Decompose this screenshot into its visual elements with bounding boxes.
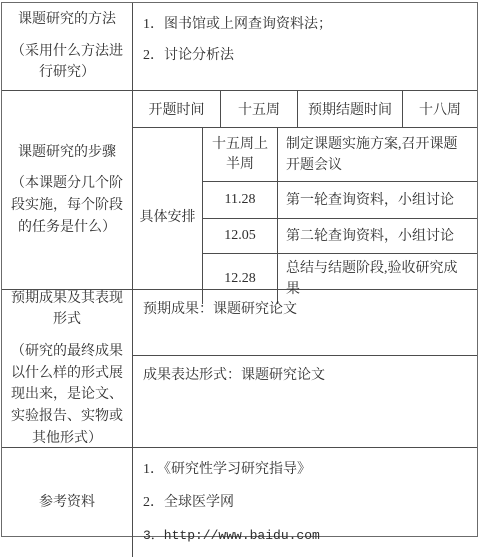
steps-note: （本课题分几个阶段实施，每个阶段的任务是什么） (8, 173, 126, 238)
expected-result: 预期成果：课题研究论文 (133, 290, 477, 356)
schedule-task: 第二轮查询资料，小组讨论 (278, 219, 477, 253)
research-plan-table: 课题研究的方法 （采用什么方法进行研究） 1．图书馆或上网查询资料法； 2．讨论… (1, 2, 478, 537)
outcome-label-cell: 预期成果及其表现形式 （研究的最终成果以什么样的形式展现出来，是论文、实验报告、… (2, 290, 133, 447)
references-title: 参考资料 (39, 492, 95, 514)
schedule-body: 具体安排 十五周上半周 制定课题实施方案,召开课题开题会议 11.28 第一轮查… (133, 128, 477, 304)
end-time-value: 十八周 (403, 91, 477, 127)
steps-title: 课题研究的步骤 (18, 142, 116, 164)
schedule-task: 第一轮查询资料，小组讨论 (278, 182, 477, 218)
method-content-cell: 1．图书馆或上网查询资料法； 2．讨论分析法 (133, 3, 477, 90)
reference-item: 2．全球医学网 (143, 494, 467, 513)
arrangement-label-cell: 具体安排 (133, 128, 203, 304)
end-time-label: 预期结题时间 (298, 91, 403, 127)
outcome-title: 预期成果及其表现形式 (8, 288, 126, 331)
schedule-task: 制定课题实施方案,召开课题开题会议 (278, 128, 477, 181)
schedule-table: 开题时间 十五周 预期结题时间 十八周 具体安排 十五周上半周 制定课题实施方案… (133, 91, 477, 289)
schedule-header-row: 开题时间 十五周 预期结题时间 十八周 (133, 91, 477, 128)
row-research-steps: 课题研究的步骤 （本课题分几个阶段实施，每个阶段的任务是什么） 开题时间 十五周… (2, 91, 477, 290)
row-expected-outcome: 预期成果及其表现形式 （研究的最终成果以什么样的形式展现出来，是论文、实验报告、… (2, 290, 477, 448)
start-time-label: 开题时间 (133, 91, 221, 127)
row-references: 参考资料 1．《研究性学习研究指导》 2．全球医学网 3．http://www.… (2, 448, 477, 539)
outcome-content: 预期成果：课题研究论文 成果表达形式：课题研究论文 (133, 290, 477, 447)
schedule-rows: 十五周上半周 制定课题实施方案,召开课题开题会议 11.28 第一轮查询资料，小… (203, 128, 477, 304)
references-label-cell: 参考资料 (2, 448, 133, 539)
reference-item: 1．《研究性学习研究指导》 (143, 461, 467, 480)
schedule-row: 十五周上半周 制定课题实施方案,召开课题开题会议 (203, 128, 477, 182)
outcome-note: （研究的最终成果以什么样的形式展现出来，是论文、实验报告、实物或其他形式） (8, 341, 126, 449)
schedule-time: 12.05 (203, 219, 278, 253)
steps-label-cell: 课题研究的步骤 （本课题分几个阶段实施，每个阶段的任务是什么） (2, 91, 133, 289)
expression-form: 成果表达形式：课题研究论文 (133, 356, 477, 447)
method-label-cell: 课题研究的方法 （采用什么方法进行研究） (2, 3, 133, 90)
method-title: 课题研究的方法 (18, 9, 116, 31)
start-time-value: 十五周 (221, 91, 298, 127)
row-research-method: 课题研究的方法 （采用什么方法进行研究） 1．图书馆或上网查询资料法； 2．讨论… (2, 3, 477, 91)
schedule-row: 12.05 第二轮查询资料，小组讨论 (203, 219, 477, 254)
schedule-row: 11.28 第一轮查询资料，小组讨论 (203, 182, 477, 219)
reference-item-url: 3．http://www.baidu.com (143, 527, 467, 539)
schedule-time: 十五周上半周 (203, 128, 278, 181)
method-note: （采用什么方法进行研究） (8, 41, 126, 84)
method-item: 1．图书馆或上网查询资料法； (143, 16, 467, 35)
references-content-cell: 1．《研究性学习研究指导》 2．全球医学网 3．http://www.baidu… (133, 448, 477, 539)
schedule-time: 11.28 (203, 182, 278, 218)
method-item: 2．讨论分析法 (143, 47, 467, 66)
